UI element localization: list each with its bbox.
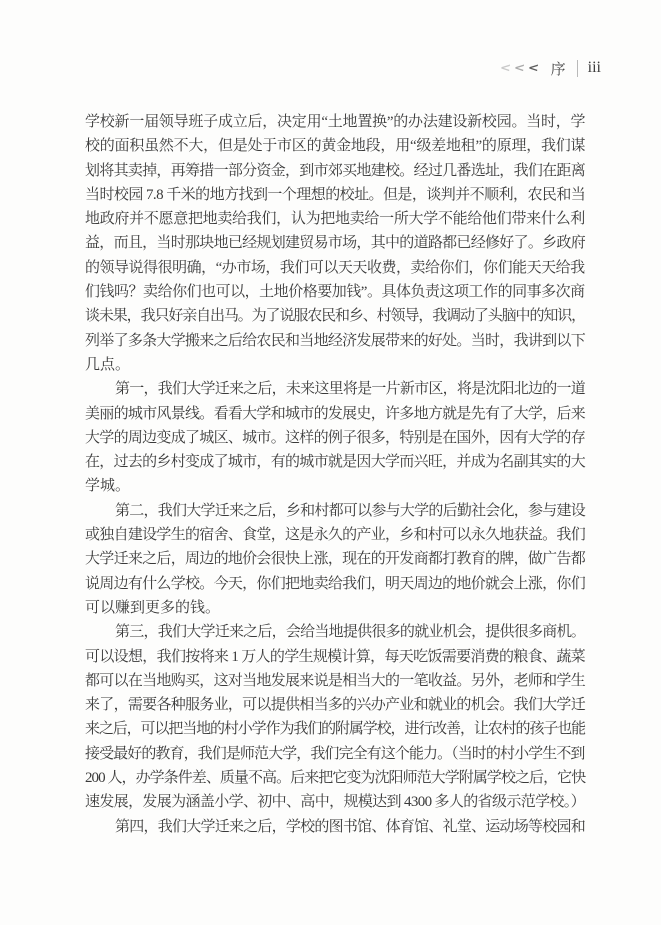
page-body: 学校新一届领导班子成立后，决定用“土地置换”的办法建设新校园。当时，学校的面积虽… bbox=[85, 110, 585, 839]
document-page: < < < 序 iii 学校新一届领导班子成立后，决定用“土地置换”的办法建设新… bbox=[0, 0, 661, 925]
triple-left-chevron-icon: < < < bbox=[500, 62, 542, 75]
header-divider bbox=[577, 60, 578, 77]
chevron-icon: < bbox=[527, 62, 540, 74]
text-line: 大学迁来之后，周边的地价会很快上涨，现在的开发商都打教育的牌，做广告都 bbox=[85, 547, 585, 571]
text-line: 谈未果，我只好亲自出马。为了说服农民和乡、村领导，我调动了头脑中的知识， bbox=[85, 304, 585, 328]
text-line: 可以设想，我们按将来 1 万人的学生规模计算，每天吃饭需要消费的粮食、蔬菜 bbox=[85, 645, 585, 669]
text-line: 划将其卖掉，再筹措一部分资金，到市郊买地建校。经过几番选址，我们在距离 bbox=[85, 159, 585, 183]
text-line: 在，过去的乡村变成了城市，有的城市就是因大学而兴旺，并成为名副其实的大 bbox=[85, 450, 585, 474]
text-line: 学校新一届领导班子成立后，决定用“土地置换”的办法建设新校园。当时，学 bbox=[85, 110, 585, 134]
text-line: 校的面积虽然不大，但是处于市区的黄金地段，用“级差地租”的原理，我们谋 bbox=[85, 134, 585, 158]
text-line: 们钱吗？卖给你们也可以，土地价格要加钱”。具体负责这项工作的同事多次商 bbox=[85, 280, 585, 304]
text-line: 当时校园 7.8 千米的地方找到一个理想的校址。但是，谈判并不顺利，农民和当 bbox=[85, 183, 585, 207]
text-line: 或独自建设学生的宿舍、食堂，这是永久的产业，乡和村可以永久地获益。我们 bbox=[85, 523, 585, 547]
text-line: 第三，我们大学迁来之后，会给当地提供很多的就业机会，提供很多商机。 bbox=[85, 620, 585, 644]
text-line: 列举了多条大学搬来之后给农民和当地经济发展带来的好处。当时，我讲到以下 bbox=[85, 329, 585, 353]
chevron-icon: < bbox=[513, 62, 526, 74]
text-line: 说周边有什么学校。今天，你们把地卖给我们，明天周边的地价就会上涨，你们 bbox=[85, 572, 585, 596]
text-line: 美丽的城市风景线。看看大学和城市的发展史，许多地方就是先有了大学，后来 bbox=[85, 402, 585, 426]
text-line: 速发展，发展为涵盖小学、初中、高中，规模达到 4300 多人的省级示范学校。） bbox=[85, 790, 585, 814]
text-line: 学城。 bbox=[85, 474, 585, 498]
text-line: 200 人，办学条件差、质量不高。后来把它变为沈阳师范大学附属学校之后，它快 bbox=[85, 766, 585, 790]
page-number: iii bbox=[588, 59, 601, 77]
text-line: 接受最好的教育，我们是师范大学，我们完全有这个能力。（当时的村小学生不到 bbox=[85, 742, 585, 766]
text-line: 都可以在当地购买，这对当地发展来说是相当大的一笔收益。另外，老师和学生 bbox=[85, 669, 585, 693]
text-line: 来之后，可以把当地的村小学作为我们的附属学校，进行改善，让农村的孩子也能 bbox=[85, 717, 585, 741]
text-line: 第一，我们大学迁来之后，未来这里将是一片新市区，将是沈阳北边的一道 bbox=[85, 377, 585, 401]
page-header: < < < 序 iii bbox=[500, 57, 601, 79]
section-title: 序 bbox=[551, 58, 567, 79]
text-line: 来了，需要各种服务业，可以提供相当多的兴办产业和就业的机会。我们大学迁 bbox=[85, 693, 585, 717]
text-line: 地政府并不愿意把地卖给我们，认为把地卖给一所大学不能给他们带来什么利 bbox=[85, 207, 585, 231]
text-line: 益，而且，当时那块地已经规划建贸易市场，其中的道路都已经修好了。乡政府 bbox=[85, 231, 585, 255]
text-line: 几点。 bbox=[85, 353, 585, 377]
text-line: 大学的周边变成了城区、城市。这样的例子很多，特别是在国外，因有大学的存 bbox=[85, 426, 585, 450]
text-line: 第二，我们大学迁来之后，乡和村都可以参与大学的后勤社会化，参与建设 bbox=[85, 499, 585, 523]
chevron-icon: < bbox=[499, 62, 512, 74]
text-line: 的领导说得很明确，“办市场，我们可以天天收费，卖给你们，你们能天天给我 bbox=[85, 256, 585, 280]
text-line: 可以赚到更多的钱。 bbox=[85, 596, 585, 620]
text-line: 第四，我们大学迁来之后，学校的图书馆、体育馆、礼堂、运动场等校园和 bbox=[85, 815, 585, 839]
